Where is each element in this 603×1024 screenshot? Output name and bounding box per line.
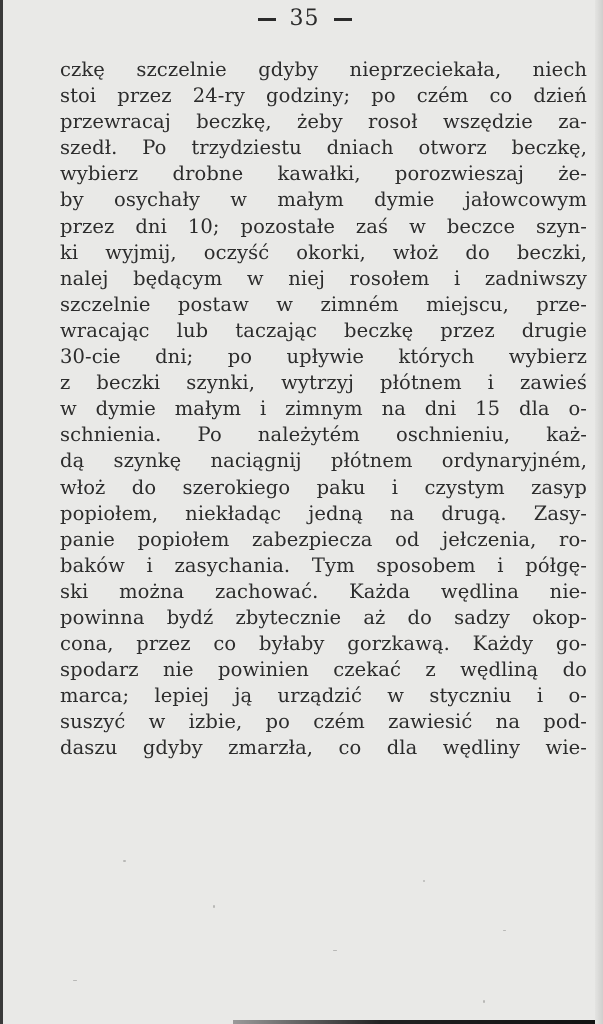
paper-speck xyxy=(483,1000,485,1003)
text-line: szedł. Po trzydziestu dniach otworz becz… xyxy=(60,135,587,161)
text-line: powinna bydź zbytecznie aż do sadzy okop… xyxy=(60,605,587,631)
paper-speck xyxy=(503,930,506,931)
paper-speck xyxy=(73,980,77,981)
text-line: spodarz nie powinien czekać z wędliną do xyxy=(60,657,587,683)
left-dash-ornament xyxy=(258,18,276,21)
text-line: przewracaj beczkę, żeby rosoł wszędzie z… xyxy=(60,109,587,135)
page-number: 35 xyxy=(290,6,320,31)
text-line: ki wyjmij, oczyść okorki, włoż do beczki… xyxy=(60,240,587,266)
text-line: stoi przez 24-ry godziny; po czém co dzi… xyxy=(60,83,587,109)
paper-speck xyxy=(123,860,126,862)
text-line: schnienia. Po należytém oschnieniu, każ- xyxy=(60,422,587,448)
page-bottom-edge xyxy=(233,1020,603,1024)
text-line: przez dni 10; pozostałe zaś w beczce szy… xyxy=(60,214,587,240)
text-line: z beczki szynki, wytrzyj płótnem i zawie… xyxy=(60,370,587,396)
text-line: panie popiołem zabezpiecza od jełczenia,… xyxy=(60,527,587,553)
text-line: czkę szczelnie gdyby nieprzeciekała, nie… xyxy=(60,57,587,83)
text-line: nalej będącym w niej rosołem i zadniwszy xyxy=(60,266,587,292)
paper-speck xyxy=(213,905,215,908)
paper-speck xyxy=(423,880,425,882)
text-line: suszyć w izbie, po czém zawiesić na pod- xyxy=(60,709,587,735)
text-line: daszu gdyby zmarzła, co dla wędliny wie- xyxy=(60,735,587,761)
body-text: czkę szczelnie gdyby nieprzeciekała, nie… xyxy=(60,57,587,762)
text-line: włoż do szerokiego paku i czystym zasyp xyxy=(60,475,587,501)
text-line: szczelnie postaw w zimném miejscu, prze- xyxy=(60,292,587,318)
text-line: popiołem, niekładąc jedną na drugą. Zasy… xyxy=(60,501,587,527)
text-line: cona, przez co byłaby gorzkawą. Każdy go… xyxy=(60,631,587,657)
text-line: 30-cie dni; po upływie których wybierz xyxy=(60,344,587,370)
right-dash-ornament xyxy=(334,18,352,21)
text-line: wracając lub taczając beczkę przez drugi… xyxy=(60,318,587,344)
text-line: baków i zasychania. Tym sposobem i półgę… xyxy=(60,553,587,579)
text-line: ski można zachować. Każda wędlina nie- xyxy=(60,579,587,605)
text-line: by osychały w małym dymie jałowcowym xyxy=(60,187,587,213)
text-line: w dymie małym i zimnym na dni 15 dla o- xyxy=(60,396,587,422)
text-line: wybierz drobne kawałki, porozwieszaj że- xyxy=(60,161,587,187)
text-line: dą szynkę naciągnij płótnem ordynaryjném… xyxy=(60,448,587,474)
page-number-header: 35 xyxy=(3,6,603,31)
book-page: 35 czkę szczelnie gdyby nieprzeciekała, … xyxy=(0,0,603,1024)
paper-speck xyxy=(333,950,337,951)
text-line: marca; lepiej ją urządzić w styczniu i o… xyxy=(60,683,587,709)
